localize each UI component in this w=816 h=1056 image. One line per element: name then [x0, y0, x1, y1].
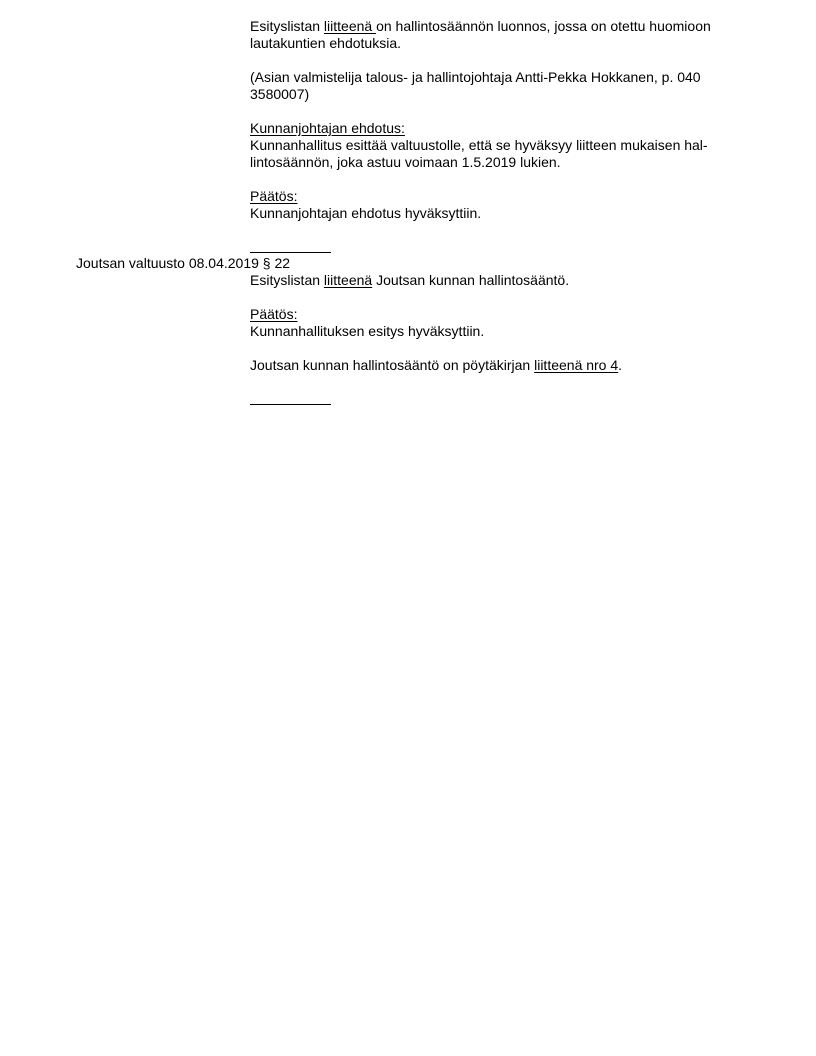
attachment-link[interactable]: liitteenä: [324, 272, 372, 288]
text: on hallintosäännön luonnos, jossa on ote…: [376, 18, 711, 34]
paragraph-intro-line-1: Esityslistan liitteenä on hallintosäännö…: [250, 18, 711, 35]
paragraph-intro-line-2: lautakuntien ehdotuksia.: [250, 35, 401, 52]
decision-heading: Päätös:: [250, 188, 297, 205]
section-separator: [250, 404, 331, 405]
section-separator: [250, 252, 331, 253]
proposal-heading: Kunnanjohtajan ehdotus:: [250, 120, 405, 137]
proposal-text-line-2: lintosäännön, joka astuu voimaan 1.5.201…: [250, 154, 561, 171]
council-paragraph: Esityslistan liitteenä Joutsan kunnan ha…: [250, 272, 569, 289]
preparer-note-line-1: (Asian valmistelija talous- ja hallintoj…: [250, 69, 701, 86]
council-decision-heading: Päätös:: [250, 306, 297, 323]
attachment-link[interactable]: liitteenä: [324, 18, 376, 34]
attachment-link[interactable]: liitteenä nro 4: [534, 357, 618, 373]
decision-text: Kunnanjohtajan ehdotus hyväksyttiin.: [250, 205, 481, 222]
council-decision-text: Kunnanhallituksen esitys hyväksyttiin.: [250, 323, 484, 340]
proposal-text-line-1: Kunnanhallitus esittää valtuustolle, ett…: [250, 137, 708, 154]
meeting-label: Joutsan valtuusto 08.04.2019 § 22: [76, 255, 290, 272]
text: Esityslistan: [250, 272, 324, 288]
text: .: [618, 357, 622, 373]
text: Joutsan kunnan hallintosääntö.: [372, 272, 569, 288]
text: Esityslistan: [250, 18, 324, 34]
text: Joutsan kunnan hallintosääntö on pöytäki…: [250, 357, 534, 373]
preparer-note-line-2: 3580007): [250, 86, 309, 103]
attachment-note: Joutsan kunnan hallintosääntö on pöytäki…: [250, 357, 622, 374]
